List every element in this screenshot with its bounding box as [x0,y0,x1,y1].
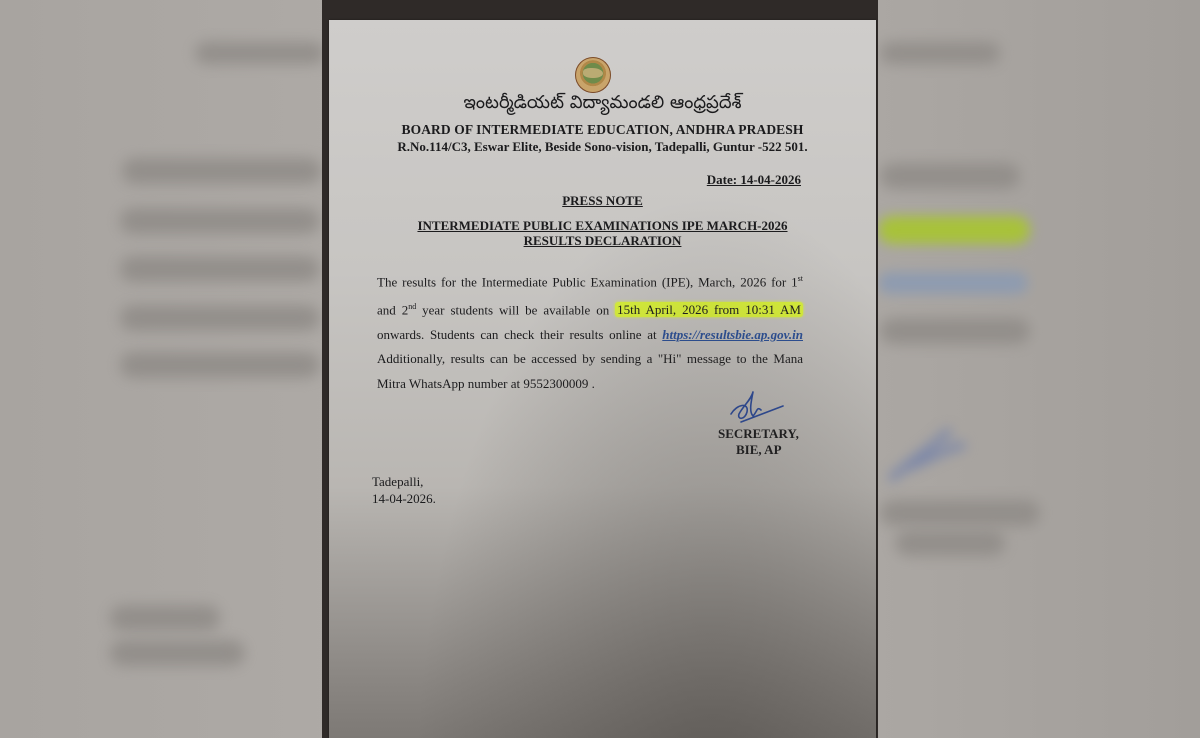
press-note-label: PRESS NOTE [329,193,876,209]
blurred-text [880,42,1000,64]
body-text: onwards. Students can check their result… [377,327,662,342]
signature-icon [727,390,787,430]
blurred-link [878,272,1028,294]
blurred-text [880,318,1030,344]
organization-address: R.No.114/C3, Eswar Elite, Beside Sono-vi… [329,139,876,155]
blurred-text [120,305,320,331]
telugu-header: ఇంటర్మీడియట్ విద్యామండలి ఆంధ్రప్రదేశ్ [329,92,876,117]
subject-line-1: INTERMEDIATE PUBLIC EXAMINATIONS IPE MAR… [329,218,876,234]
blurred-text [120,208,320,234]
blurred-text [895,530,1005,556]
body-text: year students will be available on [416,302,615,317]
results-website-link[interactable]: https://resultsbie.ap.gov.in [662,327,803,342]
organization-name: BOARD OF INTERMEDIATE EDUCATION, ANDHRA … [329,122,876,138]
blurred-text [195,42,325,64]
issue-date: 14-04-2026. [372,490,436,507]
highlighted-result-date: 15th April, 2026 from 10:31 AM [615,302,803,317]
blurred-text [880,500,1040,526]
issue-place-date: Tadepalli, 14-04-2026. [372,473,436,507]
blurred-text [122,158,322,184]
blurred-text [880,163,1020,189]
signatory-organization: BIE, AP [736,442,782,458]
blurred-text [110,640,245,666]
blurred-text [110,605,220,631]
issue-place: Tadepalli, [372,473,436,490]
ordinal-suffix: st [798,274,803,283]
body-text: The results for the Intermediate Public … [377,274,798,289]
body-text: and 2 [377,302,408,317]
document-date: Date: 14-04-2026 [707,172,801,188]
ordinal-suffix: nd [408,302,416,311]
press-note-body: The results for the Intermediate Public … [377,267,803,396]
blurred-highlight [878,216,1030,244]
signatory-title: SECRETARY, [718,426,799,442]
blurred-text [120,256,320,282]
body-text: Additionally, results can be accessed by… [377,351,803,391]
bie-ap-emblem-icon [575,57,611,93]
blurred-text [120,352,320,378]
subject-line-2: RESULTS DECLARATION [329,233,876,249]
blurred-signature [880,410,970,500]
press-note-document: ఇంటర్మీడియట్ విద్యామండలి ఆంధ్రప్రదేశ్ BO… [329,20,876,738]
